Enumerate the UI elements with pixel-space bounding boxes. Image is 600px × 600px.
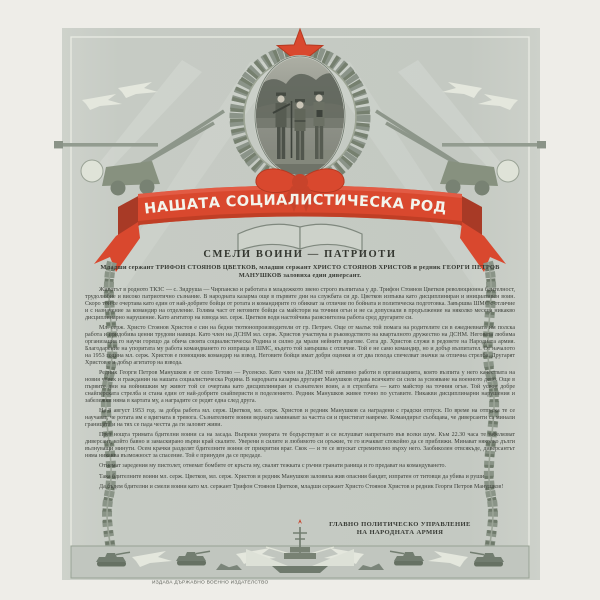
- paragraph-5: През нощта тримата бдителни воини са на …: [85, 432, 515, 460]
- page-title: СМЕЛИ ВОИНИ — ПАТРИОТИ: [90, 249, 510, 260]
- paragraph-4: На 8 август 1953 год. за добра работа мл…: [85, 408, 515, 429]
- signature-block: ГЛАВНО ПОЛИТИЧЕСКО УПРАВЛЕНИЕ НА НАРОДНА…: [300, 521, 500, 537]
- poster-photo: ЗА НАШАТА СОЦИАЛИСТИЧЕСКА РОДИНА СМЕЛИ В…: [0, 0, 600, 600]
- lead-paragraph: Младши сержант ТРИФОН СТОЯНОВ ЦВЕТКОВ, м…: [88, 264, 512, 279]
- paragraph-8: Да бъдем бдителни и смели воини като мл.…: [85, 484, 515, 491]
- body-text: Животът в родното ТКЗС — с. Зидруша — Чи…: [85, 287, 515, 495]
- paragraph-6: Отнемат заредения му пистолет, отнемат б…: [85, 463, 515, 470]
- paragraph-2: Мл. серж. Христо Стоянов Христов е син н…: [85, 325, 515, 366]
- paragraph-7: Така бдителните воини мл. серж. Цветков,…: [85, 474, 515, 481]
- signature-line-1: ГЛАВНО ПОЛИТИЧЕСКО УПРАВЛЕНИЕ: [300, 521, 500, 529]
- publisher-imprint: ИЗДАВА ДЪРЖАВНО ВОЕННО ИЗДАТЕЛСТВО: [152, 580, 328, 585]
- paragraph-1: Животът в родното ТКЗС — с. Зидруша — Чи…: [85, 287, 515, 322]
- signature-line-2: НА НАРОДНАТА АРМИЯ: [300, 529, 500, 537]
- paragraph-3: Редник Георги Петров Манушков е от село …: [85, 370, 515, 405]
